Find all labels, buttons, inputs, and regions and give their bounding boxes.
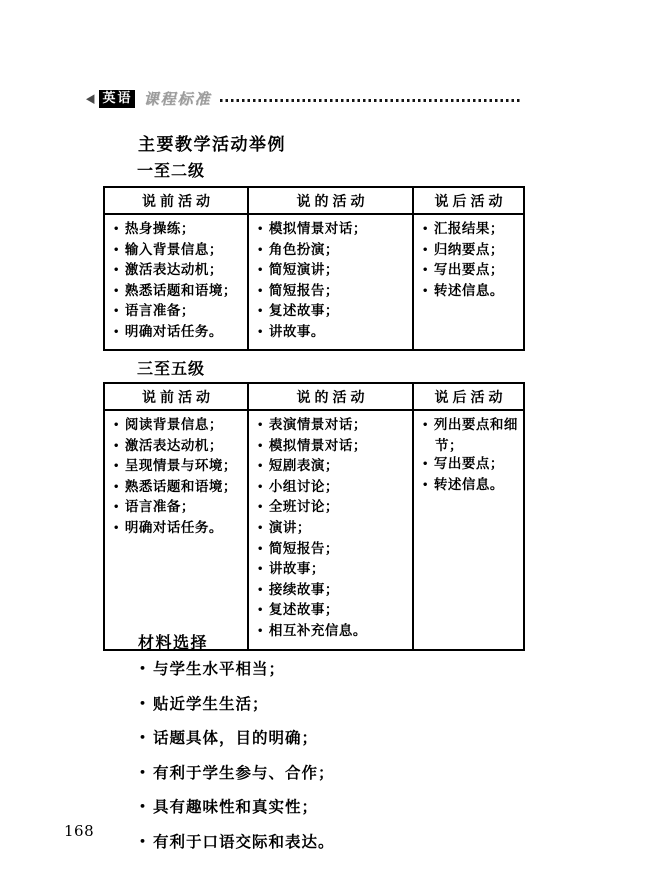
material-item: 与学生水平相当； [139, 653, 335, 688]
cell-item: 模拟情景对话； [257, 220, 408, 241]
column-header-after-speaking: 说后活动 [413, 187, 524, 214]
series-title: 课程标准 [143, 88, 211, 109]
cell-item: 明确对话任务。 [113, 323, 243, 344]
cell-item: 写出要点； [422, 455, 519, 476]
material-item: 有利于学生参与、合作； [139, 757, 335, 792]
main-title: 主要教学活动举例 [138, 130, 286, 155]
cell-item: 简短报告； [257, 282, 408, 303]
left-triangle-icon: ◀ [86, 92, 94, 105]
cell-item: 复述故事； [257, 302, 408, 323]
activity-table-level-3-5: 说前活动 说的活动 说后活动 阅读背景信息； 激活表达动机； 呈现情景与环境； … [103, 382, 525, 651]
cell-item: 激活表达动机； [113, 261, 243, 282]
column-header-while-speaking: 说的活动 [248, 383, 413, 410]
column-header-before-speaking: 说前活动 [104, 383, 248, 410]
cell-item: 语言准备； [113, 498, 243, 519]
cell-item: 热身操练； [113, 220, 243, 241]
cell-item: 全班讨论； [257, 498, 408, 519]
cell-item: 列出要点和细节； [422, 416, 519, 455]
table-cell-before-speaking: 热身操练； 输入背景信息； 激活表达动机； 熟悉话题和语境； 语言准备； 明确对… [104, 214, 248, 350]
table-body-row: 阅读背景信息； 激活表达动机； 呈现情景与环境； 熟悉话题和语境； 语言准备； … [104, 410, 524, 650]
cell-item: 阅读背景信息； [113, 416, 243, 437]
cell-item: 接续故事； [257, 581, 408, 602]
cell-item: 短剧表演； [257, 457, 408, 478]
cell-item: 小组讨论； [257, 478, 408, 499]
cell-item: 讲故事。 [257, 323, 408, 344]
page-number: 168 [64, 822, 94, 840]
material-item: 贴近学生生活； [139, 688, 335, 723]
cell-item: 熟悉话题和语境； [113, 282, 243, 303]
activity-table-level-1-2: 说前活动 说的活动 说后活动 热身操练； 输入背景信息； 激活表达动机； 熟悉话… [103, 186, 525, 351]
cell-item: 表演情景对话； [257, 416, 408, 437]
cell-item: 写出要点； [422, 261, 519, 282]
table-cell-before-speaking: 阅读背景信息； 激活表达动机； 呈现情景与环境； 熟悉话题和语境； 语言准备； … [104, 410, 248, 650]
cell-item: 复述故事； [257, 601, 408, 622]
cell-item: 激活表达动机； [113, 437, 243, 458]
cell-item: 简短报告； [257, 540, 408, 561]
cell-item: 转述信息。 [422, 476, 519, 497]
cell-item: 明确对话任务。 [113, 519, 243, 540]
column-header-while-speaking: 说的活动 [248, 187, 413, 214]
material-item: 话题具体，目的明确； [139, 722, 335, 757]
material-item: 具有趣味性和真实性； [139, 791, 335, 826]
column-header-after-speaking: 说后活动 [413, 383, 524, 410]
table-cell-after-speaking: 列出要点和细节； 写出要点； 转述信息。 [413, 410, 524, 650]
subject-label: 英语 [99, 90, 135, 108]
table-cell-while-speaking: 表演情景对话； 模拟情景对话； 短剧表演； 小组讨论； 全班讨论； 演讲； 简短… [248, 410, 413, 650]
table-cell-while-speaking: 模拟情景对话； 角色扮演； 简短演讲； 简短报告； 复述故事； 讲故事。 [248, 214, 413, 350]
cell-item: 归纳要点； [422, 241, 519, 262]
materials-title: 材料选择 [138, 630, 208, 653]
cell-item: 模拟情景对话； [257, 437, 408, 458]
cell-item: 角色扮演； [257, 241, 408, 262]
cell-item: 呈现情景与环境； [113, 457, 243, 478]
cell-item: 相互补充信息。 [257, 622, 408, 643]
cell-item: 转述信息。 [422, 282, 519, 303]
column-header-before-speaking: 说前活动 [104, 187, 248, 214]
materials-list: 与学生水平相当； 贴近学生生活； 话题具体，目的明确； 有利于学生参与、合作； … [139, 653, 335, 861]
dotted-rule [220, 99, 523, 102]
cell-item: 输入背景信息； [113, 241, 243, 262]
table-header-row: 说前活动 说的活动 说后活动 [104, 187, 524, 214]
book-page: { "header": { "triangle_icon": "◀", "sub… [0, 0, 668, 891]
level-label-1-2: 一至二级 [137, 158, 205, 181]
cell-item: 语言准备； [113, 302, 243, 323]
cell-item: 简短演讲； [257, 261, 408, 282]
table-cell-after-speaking: 汇报结果； 归纳要点； 写出要点； 转述信息。 [413, 214, 524, 350]
material-item: 有利于口语交际和表达。 [139, 826, 335, 861]
table-body-row: 热身操练； 输入背景信息； 激活表达动机； 熟悉话题和语境； 语言准备； 明确对… [104, 214, 524, 350]
cell-item: 汇报结果； [422, 220, 519, 241]
level-label-3-5: 三至五级 [137, 356, 205, 379]
table-header-row: 说前活动 说的活动 说后活动 [104, 383, 524, 410]
cell-item: 讲故事； [257, 560, 408, 581]
cell-item: 熟悉话题和语境； [113, 478, 243, 499]
running-header: ◀ 英语 课程标准 [86, 88, 522, 109]
cell-item: 演讲； [257, 519, 408, 540]
